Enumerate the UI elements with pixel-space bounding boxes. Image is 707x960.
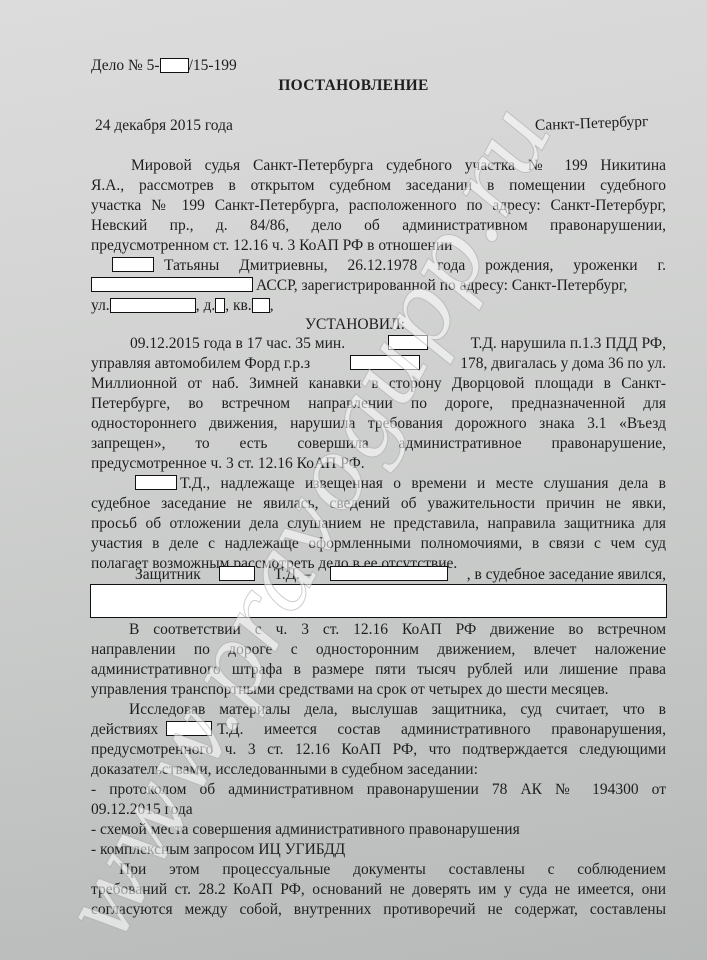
p4-line-1: В соответствии с ч. 3 ст. 12.16 КоАП РФ … [91,621,666,639]
p1-line-4: Петербурге, во встречном направлении по … [91,395,666,413]
redaction-box [330,566,448,581]
redaction-block [90,584,667,618]
p4-line-2: направлении по дороге с односторонним дв… [91,641,666,659]
evidence-item-1: - протоколом об административном правона… [91,781,666,799]
intro-line-7: АССР, зарегистрированной по адресу: Санк… [91,277,666,295]
redaction-box [112,257,154,272]
p6-line-2: требований ст. 28.2 КоАП РФ, оснований н… [91,881,666,899]
redaction-box [219,566,255,581]
p5-line-4: доказательствами, исследованными в судеб… [91,761,478,779]
case-number-suffix: /15-199 [189,57,237,74]
p5-line-3: предусмотренного ч. 3 ст. 12.16 КоАП РФ,… [91,741,666,759]
p1-line-6: запрещен», то есть совершила администрат… [91,435,666,453]
p2-line-1: Т.Д., надлежаще извещенная о времени и м… [135,475,666,493]
document-page: Дело № 5-/15-199 ПОСТАНОВЛЕНИЕ 24 декабр… [0,0,707,960]
p1-line-7: предусмотренное ч. 3 ст. 12.16 КоАП РФ. [91,455,365,473]
p1-line-3: Миллионной от наб. Зимней канавки в стор… [91,375,666,393]
evidence-item-3: - комплексным запросом ИЦ УГИБДД [91,841,345,859]
case-number-prefix: Дело № 5- [91,57,160,74]
p1-line-5: одностороннего движения, нарушила требов… [91,415,666,433]
intro-line-1: Мировой судья Санкт-Петербурга судебного… [91,157,666,175]
p4-line-3: административного штрафа в размере пяти … [91,661,666,679]
p5-line-1: Исследовав материалы дела, выслушав защи… [91,701,666,719]
redaction-box [350,355,420,370]
redaction-box [91,277,253,292]
intro-line-5: предусмотренном ст. 12.16 ч. 3 КоАП РФ в… [91,237,452,255]
intro-line-8: ул., д., кв., [91,297,274,315]
p6-line-3: согласуются между собой, внутренних прот… [91,901,666,919]
case-number: Дело № 5-/15-199 [91,57,237,75]
redaction-box [215,298,225,313]
redaction-box [388,335,428,350]
p2-line-2: судебное заседание не явилась, сведений … [91,495,666,513]
p2-line-4: участия в деле с надлежаще оформленными … [91,535,666,553]
intro-line-6: Татьяны Дмитриевны, 26.12.1978 года рожд… [112,257,666,275]
p5-line-2: действиях Т.Д. имеется состав администра… [91,721,666,739]
redaction-box [160,58,189,73]
p4-line-4: управления транспортными средствами на с… [91,681,609,699]
intro-line-3: участка № 199 Санкт-Петербурга, располож… [91,197,666,215]
redaction-box [252,298,270,313]
evidence-item-1-date: 09.12.2015 года [91,801,193,819]
document-city: Санкт-Петербург [535,113,649,135]
evidence-item-2: - схемой места совершения административн… [91,821,520,839]
p1-line-2: управляя автомобилем Форд г.р.з 178, дви… [91,355,666,373]
redaction-box [135,475,177,490]
section-heading: УСТАНОВИЛ: [305,316,405,334]
intro-line-4: Невский пр., д. 84/86, дело об администр… [91,217,666,235]
p3-line-1: Защитник Т.Д. – , в судебное заседание я… [135,566,666,584]
intro-line-2: Я.А., рассмотрев в открытом судебном зас… [91,177,666,195]
p6-line-1: При этом процессуальные документы состав… [91,861,666,879]
p1-line-1: 09.12.2015 года в 17 час. 35 мин. Т.Д. н… [130,335,666,353]
redaction-box [110,298,196,313]
document-date: 24 декабря 2015 года [95,117,233,135]
p2-line-3: просьб об отложении дела слушанием не пр… [91,515,666,533]
document-title: ПОСТАНОВЛЕНИЕ [0,77,707,95]
redaction-box [166,721,212,736]
